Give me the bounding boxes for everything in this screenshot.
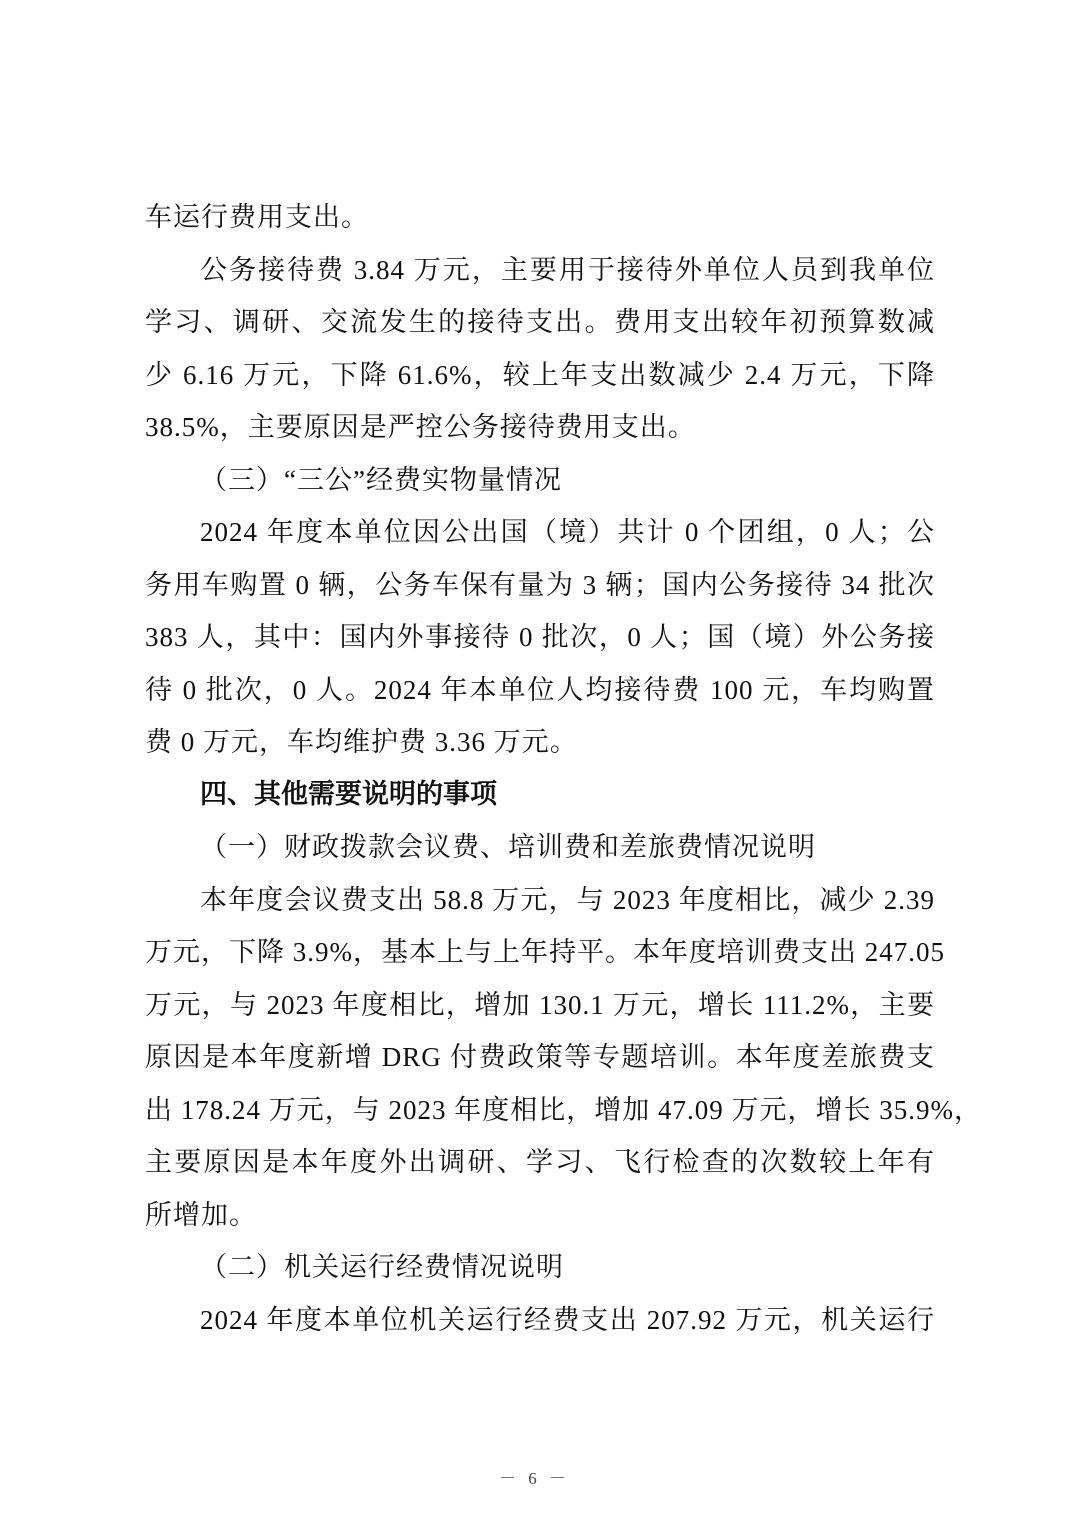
subheading-meeting-training-travel: （一）财政拨款会议费、培训费和差旅费情况说明 [200, 830, 935, 864]
paragraph-line: 原因是本年度新增 DRG 付费政策等专题培训。本年度差旅费支 [145, 1040, 935, 1074]
paragraph-line: 费 0 万元，车均维护费 3.36 万元。 [145, 725, 935, 759]
document-page: 车运行费用支出。 公务接待费 3.84 万元，主要用于接待外单位人员到我单位 学… [0, 0, 1069, 1515]
paragraph-line: 2024 年度本单位因公出国（境）共计 0 个团组，0 人；公 [200, 515, 935, 549]
section-heading-other-matters: 四、其他需要说明的事项 [200, 778, 935, 812]
subheading-operating-expenses: （二）机关运行经费情况说明 [200, 1250, 935, 1284]
paragraph-line: 务用车购置 0 辆，公务车保有量为 3 辆；国内公务接待 34 批次 [145, 568, 935, 602]
paragraph-line: 38.5%，主要原因是严控公务接待费用支出。 [145, 410, 935, 444]
page-number: － 6 － [0, 1464, 1069, 1489]
paragraph-line: 公务接待费 3.84 万元，主要用于接待外单位人员到我单位 [200, 253, 935, 287]
paragraph-line: 待 0 批次，0 人。2024 年本单位人均接待费 100 元，车均购置 [145, 673, 935, 707]
paragraph-line: 车运行费用支出。 [145, 200, 935, 234]
paragraph-line: 万元，下降 3.9%，基本上与上年持平。本年度培训费支出 247.05 [145, 935, 935, 969]
paragraph-line: 2024 年度本单位机关运行经费支出 207.92 万元，机关运行 [200, 1303, 935, 1337]
paragraph-line: 少 6.16 万元，下降 61.6%，较上年支出数减少 2.4 万元，下降 [145, 358, 935, 392]
paragraph-line: 本年度会议费支出 58.8 万元，与 2023 年度相比，减少 2.39 [200, 883, 935, 917]
subheading-in-kind: （三）“三公”经费实物量情况 [200, 463, 935, 497]
paragraph-line: 万元，与 2023 年度相比，增加 130.1 万元，增长 111.2%，主要 [145, 988, 935, 1022]
paragraph-line: 主要原因是本年度外出调研、学习、飞行检查的次数较上年有 [145, 1145, 935, 1179]
paragraph-line: 所增加。 [145, 1198, 935, 1232]
paragraph-line: 出 178.24 万元，与 2023 年度相比，增加 47.09 万元，增长 3… [145, 1093, 935, 1127]
paragraph-line: 383 人，其中：国内外事接待 0 批次，0 人；国（境）外公务接 [145, 620, 935, 654]
paragraph-line: 学习、调研、交流发生的接待支出。费用支出较年初预算数减 [145, 305, 935, 339]
